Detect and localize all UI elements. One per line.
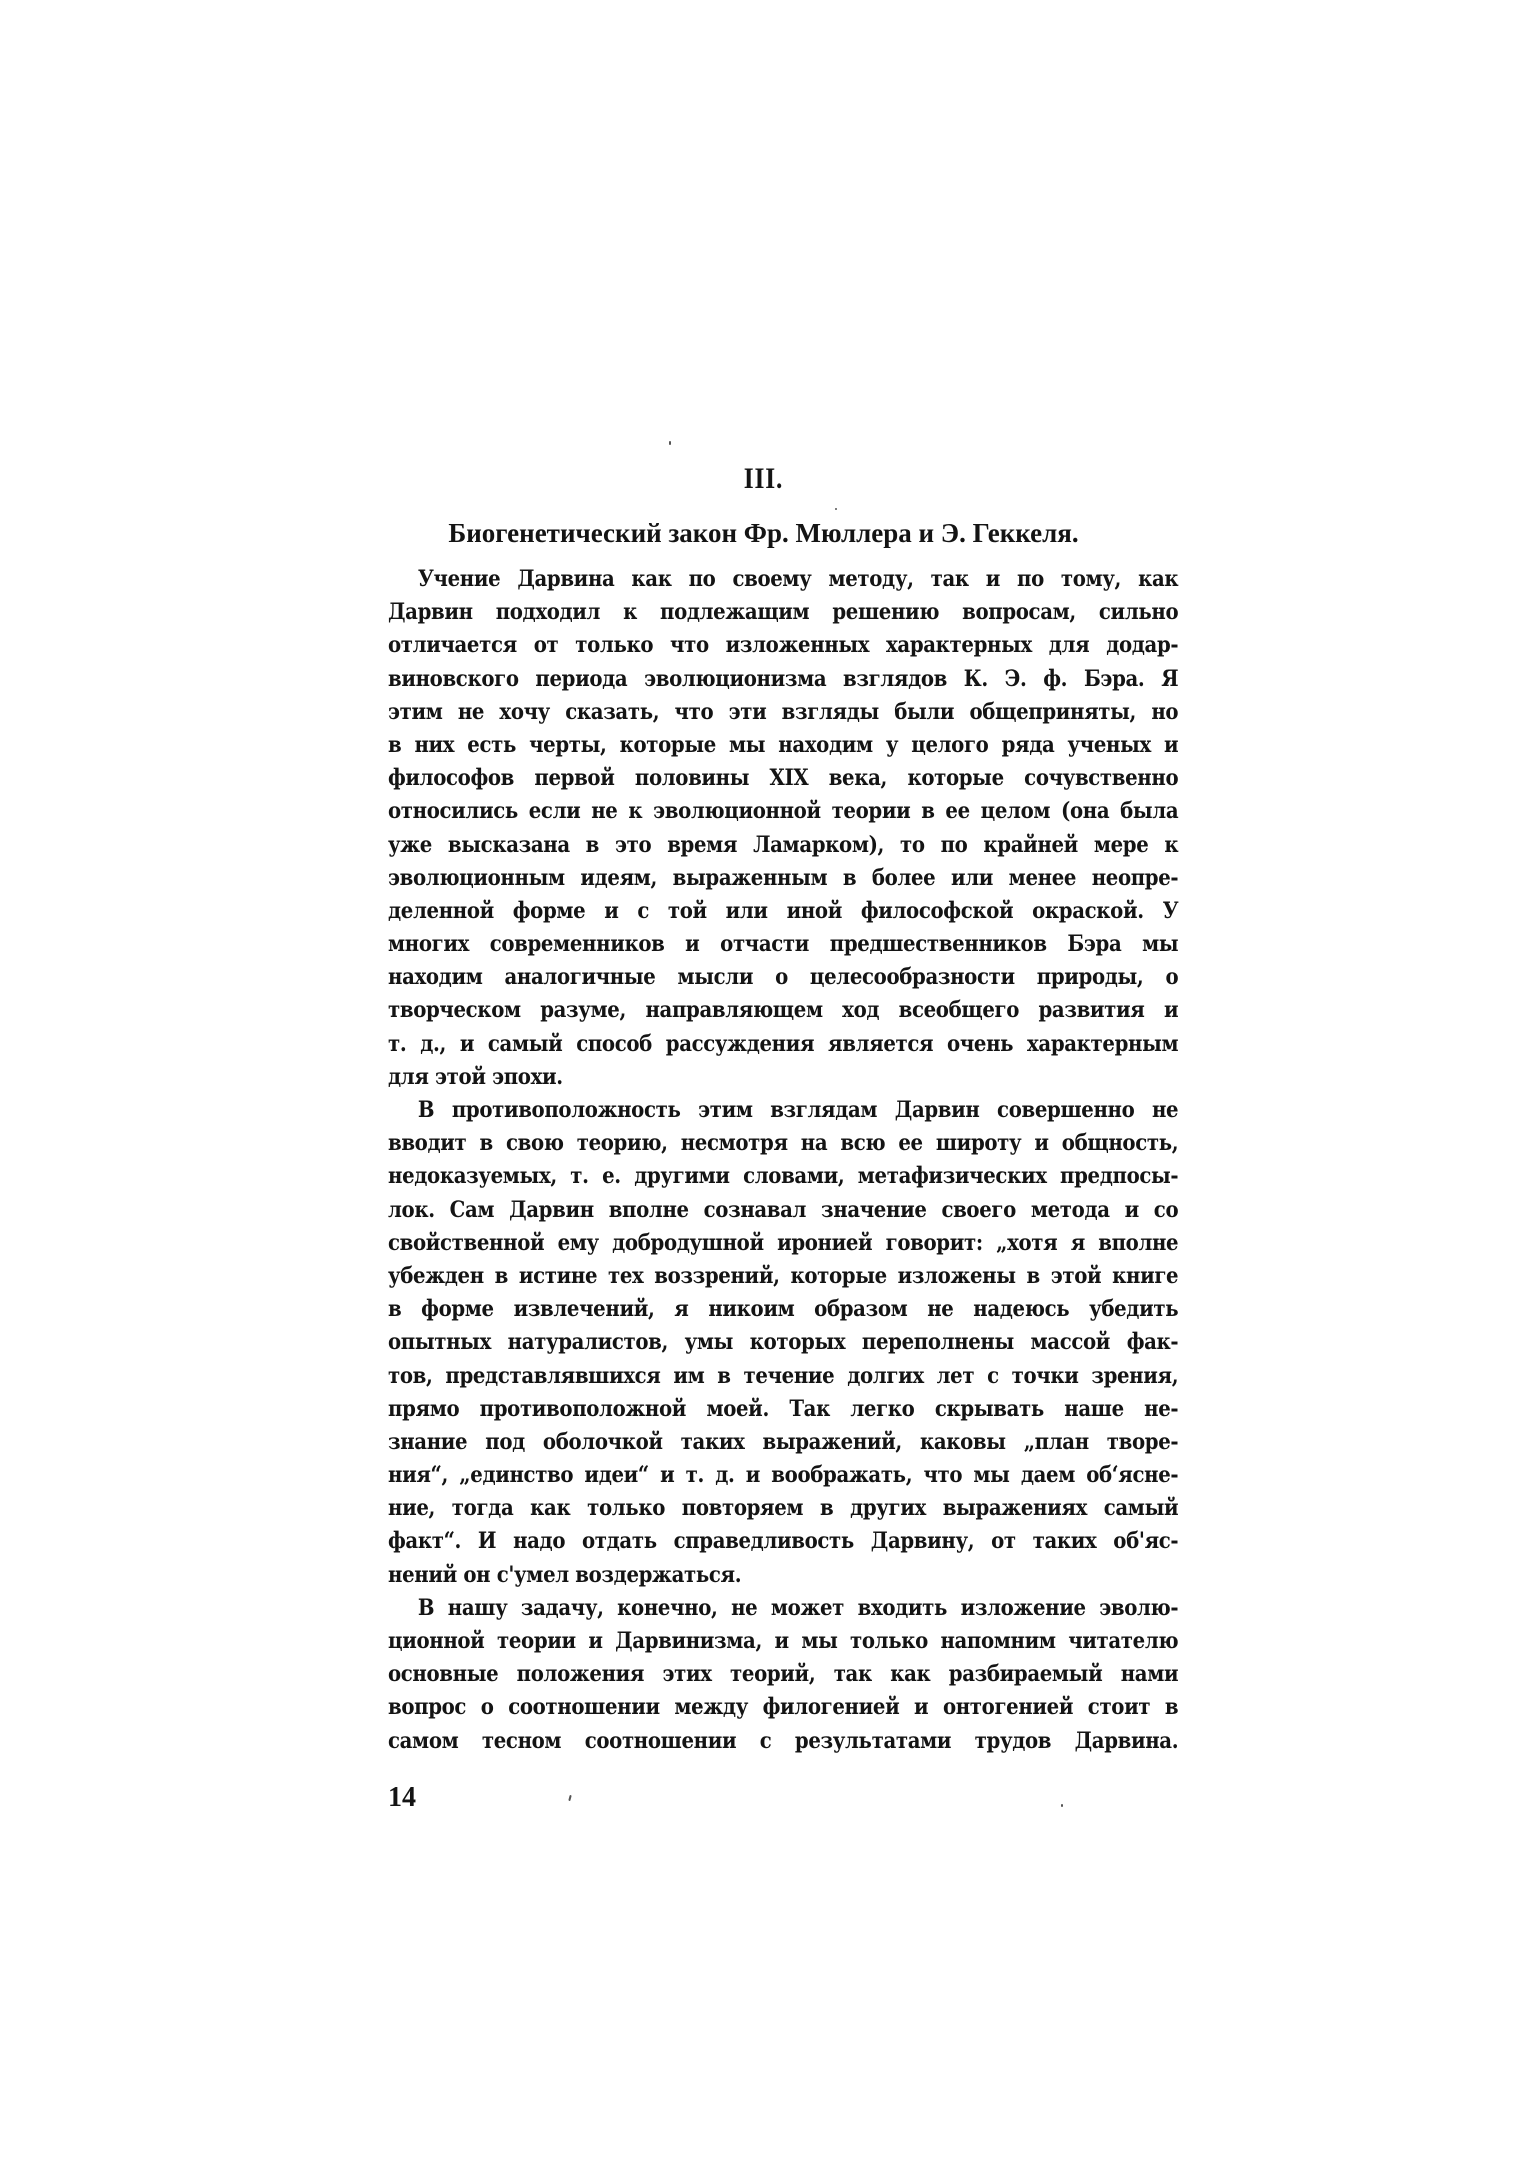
text-line: В нашу задачу, конечно, не может входить…: [388, 1592, 1178, 1625]
book-page: III. Биогенетический закон Фр. Мюллера и…: [0, 0, 1527, 2160]
page-number: 14: [388, 1782, 416, 1814]
text-line: Дарвин подходил к подлежащим решению воп…: [388, 596, 1178, 629]
chapter-title: Биогенетический закон Фр. Мюллера и Э. Г…: [0, 518, 1527, 549]
text-line: вопрос о соотношении между филогенией и …: [388, 1691, 1178, 1724]
text-line: прямо противоположной моей. Так легко ск…: [388, 1393, 1178, 1426]
text-line: деленной форме и с той или иной философс…: [388, 895, 1178, 928]
text-line: тов, представлявшихся им в течение долги…: [388, 1360, 1178, 1393]
text-line: В противоположность этим взглядам Дарвин…: [388, 1094, 1178, 1127]
text-line: ние, тогда как только повторяем в других…: [388, 1492, 1178, 1525]
paragraph-1: Учение Дарвина как по своему методу, так…: [388, 563, 1178, 1094]
text-line: самом тесном соотношении с результатами …: [388, 1725, 1178, 1758]
text-line: убежден в истине тех воззрений, которые …: [388, 1260, 1178, 1293]
text-line: недоказуемых, т. е. другими словами, мет…: [388, 1160, 1178, 1193]
text-line: этим не хочу сказать, что эти взгляды бы…: [388, 696, 1178, 729]
text-line: опытных натуралистов, умы которых перепо…: [388, 1326, 1178, 1359]
text-line: ционной теории и Дарвинизма, и мы только…: [388, 1625, 1178, 1658]
body-text: Учение Дарвина как по своему методу, так…: [388, 563, 1178, 1758]
text-line: многих современников и отчасти предшеств…: [388, 928, 1178, 961]
text-line: относились если не к эволюционной теории…: [388, 795, 1178, 828]
text-line: основные положения этих теорий, так как …: [388, 1658, 1178, 1691]
text-line: вводит в свою теорию, несмотря на всю ее…: [388, 1127, 1178, 1160]
text-line: факт“. И надо отдать справедливость Дарв…: [388, 1525, 1178, 1558]
text-line: т. д., и самый способ рассуждения являет…: [388, 1028, 1178, 1061]
text-line: находим аналогичные мысли о целесообразн…: [388, 961, 1178, 994]
text-line: отличается от только что изложенных хара…: [388, 629, 1178, 662]
text-line: лок. Сам Дарвин вполне сознавал значение…: [388, 1194, 1178, 1227]
text-line: знание под оболочкой таких выражений, ка…: [388, 1426, 1178, 1459]
text-line: эволюционным идеям, выраженным в более и…: [388, 862, 1178, 895]
text-line: ния“, „единство идеи“ и т. д. и вообража…: [388, 1459, 1178, 1492]
text-line: философов первой половины XIX века, кото…: [388, 762, 1178, 795]
text-line: свойственной ему добродушной иронией гов…: [388, 1227, 1178, 1260]
scan-speck: [568, 1795, 571, 1801]
text-line: в форме извлечений, я никоим образом не …: [388, 1293, 1178, 1326]
text-line: в них есть черты, которые мы находим у ц…: [388, 729, 1178, 762]
scan-speck: [669, 441, 671, 445]
chapter-number: III.: [115, 462, 1413, 496]
text-line: виновского периода эволюционизма взглядо…: [388, 663, 1178, 696]
paragraph-2: В противоположность этим взглядам Дарвин…: [388, 1094, 1178, 1592]
paragraph-3: В нашу задачу, конечно, не может входить…: [388, 1592, 1178, 1758]
text-line: нений он с'умел воздержаться.: [388, 1559, 1178, 1592]
scan-speck: [1061, 1804, 1063, 1807]
text-line: для этой эпохи.: [388, 1061, 1178, 1094]
text-line: уже высказана в это время Ламарком), то …: [388, 829, 1178, 862]
scan-speck: [835, 508, 837, 510]
text-line: творческом разуме, направляющем ход всео…: [388, 994, 1178, 1027]
text-line: Учение Дарвина как по своему методу, так…: [388, 563, 1178, 596]
